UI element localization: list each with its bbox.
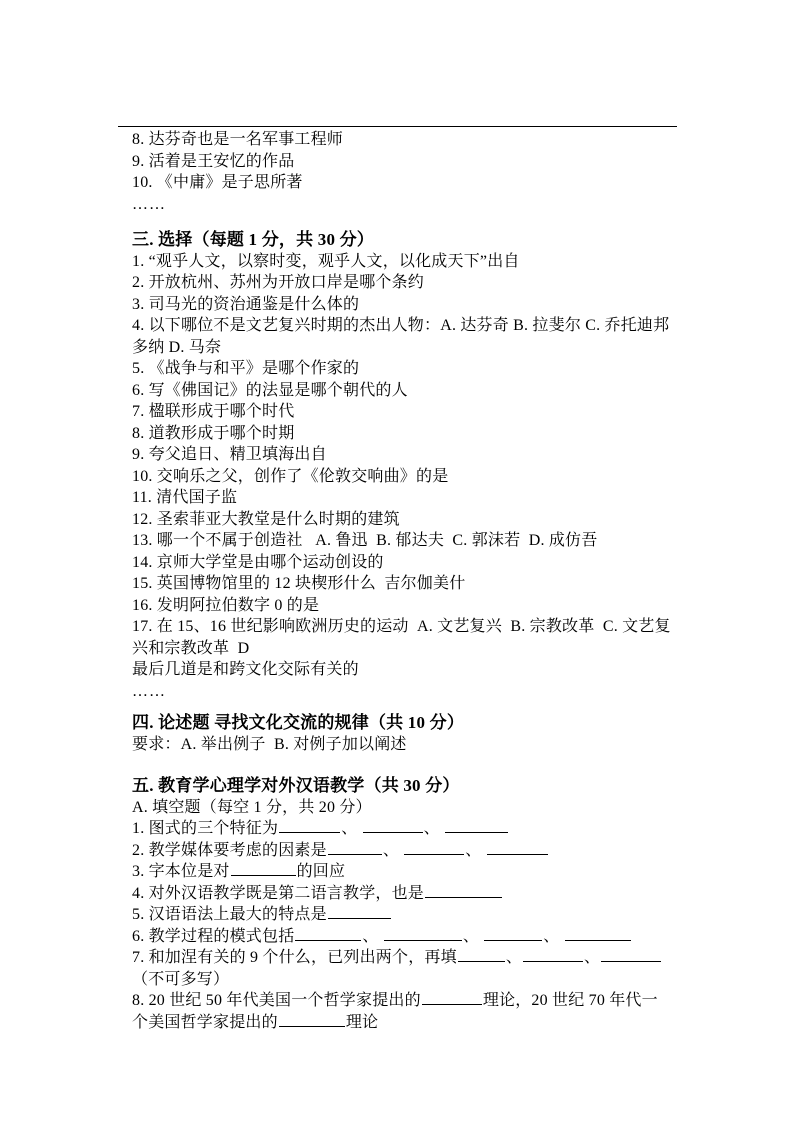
line-text: 1. 图式的三个特征为 — [132, 820, 278, 837]
document-line: 8. 达芬奇也是一名军事工程师 — [132, 129, 680, 151]
document-line: 10. 交响乐之父，创作了《伦敦交响曲》的是 — [132, 466, 680, 488]
document-line: 要求：A. 举出例子 B. 对例子加以阐述 — [132, 734, 680, 756]
document-line: 7. 和加涅有关的 9 个什么，已列出两个，再填、、 — [132, 947, 680, 969]
document-line: 5. 汉语语法上最大的特点是 — [132, 904, 680, 926]
fill-in-blank — [565, 939, 631, 941]
fill-in-blank — [487, 853, 548, 855]
document-line: 13. 哪一个不属于创造社 A. 鲁迅 B. 郁达夫 C. 郭沫若 D. 成仿吾 — [132, 530, 680, 552]
line-text: 的回应 — [297, 863, 346, 880]
fill-in-blank — [328, 917, 391, 919]
line-text: 、 — [584, 949, 600, 966]
document-line: 1. “观乎人文，以察时变，观乎人文，以化成天下”出自 — [132, 251, 680, 273]
fill-in-blank — [425, 896, 502, 898]
line-text: 、 — [341, 820, 361, 837]
exam-paper-page: 8. 达芬奇也是一名军事工程师9. 活着是王安忆的作品10. 《中庸》是子思所著… — [0, 0, 793, 1122]
fill-in-blank — [422, 1003, 482, 1005]
fill-in-blank — [384, 939, 462, 941]
document-line: 7. 楹联形成于哪个时代 — [132, 401, 680, 423]
fill-in-blank — [279, 1025, 345, 1027]
line-text: 4. 对外汉语教学既是第二语言教学，也是 — [132, 885, 424, 902]
fill-in-blank — [231, 874, 296, 876]
document-line: 8. 道教形成于哪个时期 — [132, 423, 680, 445]
document-line: 8. 20 世纪 50 年代美国一个哲学家提出的理论，20 世纪 70 年代一 — [132, 990, 680, 1012]
document-line: 6. 教学过程的模式包括、 、 、 — [132, 926, 680, 948]
document-line: 4. 对外汉语教学既是第二语言教学，也是 — [132, 883, 680, 905]
line-text: 8. 20 世纪 50 年代美国一个哲学家提出的 — [132, 992, 421, 1009]
document-line: 最后几道是和跨文化交际有关的 — [132, 659, 680, 681]
section-heading: 四. 论述题 寻找文化交流的规律（共 10 分） — [132, 712, 680, 734]
line-text: 、 — [362, 928, 382, 945]
document-line: 3. 字本位是对的回应 — [132, 861, 680, 883]
line-text: 理论 — [346, 1014, 378, 1031]
fill-in-blank — [295, 939, 361, 941]
fill-in-blank — [458, 960, 505, 962]
document-line: 11. 清代国子监 — [132, 487, 680, 509]
document-line: 兴和宗教改革 D — [132, 638, 680, 660]
document-line: 个美国哲学家提出的理论 — [132, 1012, 680, 1034]
document-line: 16. 发明阿拉伯数字 0 的是 — [132, 595, 680, 617]
document-line: 多纳 D. 马奈 — [132, 337, 680, 359]
fill-in-blank — [484, 939, 542, 941]
fill-in-blank — [279, 831, 340, 833]
header-rule — [118, 126, 677, 127]
fill-in-blank — [445, 831, 508, 833]
line-text: 、 — [424, 820, 444, 837]
document-line: 14. 京师大学堂是由哪个运动创设的 — [132, 552, 680, 574]
document-line: 5. 《战争与和平》是哪个作家的 — [132, 358, 680, 380]
document-line: A. 填空题（每空 1 分，共 20 分） — [132, 797, 680, 819]
fill-in-blank — [328, 853, 382, 855]
line-text: 、 — [543, 928, 563, 945]
line-text: 、 — [506, 949, 522, 966]
line-text: 个美国哲学家提出的 — [132, 1014, 278, 1031]
line-text: 3. 字本位是对 — [132, 863, 230, 880]
document-line: 4. 以下哪位不是文艺复兴时期的杰出人物：A. 达芬奇 B. 拉斐尔 C. 乔托… — [132, 315, 680, 337]
document-line: 3. 司马光的资治通鉴是什么体的 — [132, 294, 680, 316]
document-line: 2. 教学媒体要考虑的因素是、 、 — [132, 840, 680, 862]
document-line: 9. 活着是王安忆的作品 — [132, 151, 680, 173]
document-line: 1. 图式的三个特征为、 、 — [132, 818, 680, 840]
line-text: 7. 和加涅有关的 9 个什么，已列出两个，再填 — [132, 949, 457, 966]
line-text: 、 — [383, 842, 403, 859]
document-line: 12. 圣索菲亚大教堂是什么时期的建筑 — [132, 509, 680, 531]
ellipsis-line: …… — [132, 681, 680, 703]
fill-in-blank — [601, 960, 661, 962]
document-line: 6. 写《佛国记》的法显是哪个朝代的人 — [132, 380, 680, 402]
fill-in-blank — [523, 960, 583, 962]
line-text: 6. 教学过程的模式包括 — [132, 928, 294, 945]
line-text: 2. 教学媒体要考虑的因素是 — [132, 842, 327, 859]
fill-in-blank — [363, 831, 423, 833]
fill-in-blank — [404, 853, 464, 855]
line-text: 、 — [463, 928, 483, 945]
document-line: （不可多写） — [132, 969, 680, 991]
document-line: 15. 英国博物馆里的 12 块楔形什么 吉尔伽美什 — [132, 573, 680, 595]
document-line: 10. 《中庸》是子思所著 — [132, 172, 680, 194]
line-text: 5. 汉语语法上最大的特点是 — [132, 906, 327, 923]
document-line: 9. 夸父追日、精卫填海出自 — [132, 444, 680, 466]
line-text: 、 — [465, 842, 485, 859]
section-heading: 五. 教育学心理学对外汉语教学（共 30 分） — [132, 775, 680, 797]
document-content: 8. 达芬奇也是一名军事工程师9. 活着是王安忆的作品10. 《中庸》是子思所著… — [132, 129, 680, 1033]
section-heading: 三. 选择（每题 1 分，共 30 分） — [132, 229, 680, 251]
line-text: 理论，20 世纪 70 年代一 — [483, 992, 658, 1009]
document-line: 2. 开放杭州、苏州为开放口岸是哪个条约 — [132, 272, 680, 294]
ellipsis-line: …… — [132, 194, 680, 216]
document-line: 17. 在 15、16 世纪影响欧洲历史的运动 A. 文艺复兴 B. 宗教改革 … — [132, 616, 680, 638]
